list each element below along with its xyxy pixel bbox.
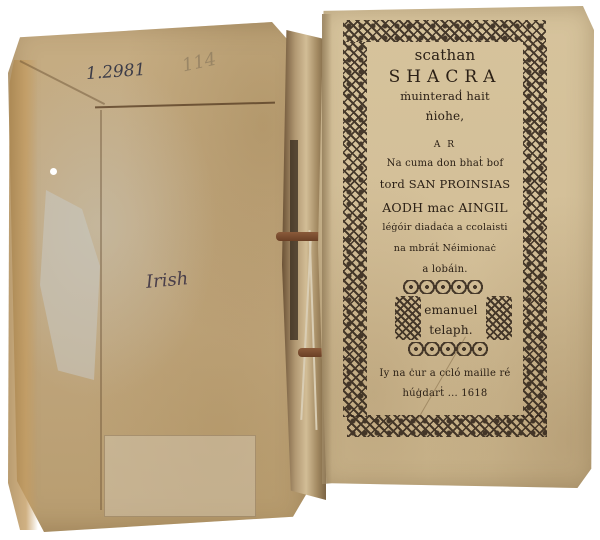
printer-ornament-top (403, 280, 483, 294)
cover-hole (50, 168, 57, 175)
page-gutter-shadow (322, 14, 332, 484)
title-line-11: a lobáin. (368, 264, 522, 275)
leather-thong-lower (298, 348, 324, 357)
title-line-5: A R (368, 140, 522, 150)
ornamental-border-left (343, 42, 367, 417)
title-line-2: SHACRA (368, 67, 522, 87)
shelfmark-inscription: 1.2981 (85, 60, 146, 84)
title-line-8: AODH mac AINGIL (368, 200, 522, 215)
printer-ornament-bottom (408, 342, 488, 356)
printer-ornament-right (486, 296, 512, 340)
ornamental-border-right (523, 42, 547, 417)
imprint-line-2: húġdarṫ ... 1618 (368, 388, 522, 399)
title-line-7: tord SAN PROINSIAS (368, 177, 522, 191)
repaired-patch (104, 435, 256, 517)
ornamental-border-top (343, 20, 546, 42)
title-line-10: na mbráṫ Néimionaċ (368, 243, 522, 254)
printer-name-2: telaph. (418, 323, 484, 337)
title-line-3: ṁuinteraḋ hait (368, 89, 522, 103)
printer-name-1: emanuel (418, 303, 484, 317)
title-line-4: ṅiohe, (368, 109, 522, 123)
title-line-1: scathan (368, 46, 522, 64)
title-line-6: Na cuma don bhaṫ bof (368, 158, 522, 169)
leather-thong-upper (276, 232, 322, 241)
title-line-9: léġóir diaḋaċa a ccolaisti (368, 222, 522, 233)
cover-vertical-fold (100, 110, 102, 510)
cover-edge (8, 60, 38, 530)
ornamental-border-bottom (347, 415, 547, 437)
cover-handwritten-note: Irish (145, 268, 189, 293)
